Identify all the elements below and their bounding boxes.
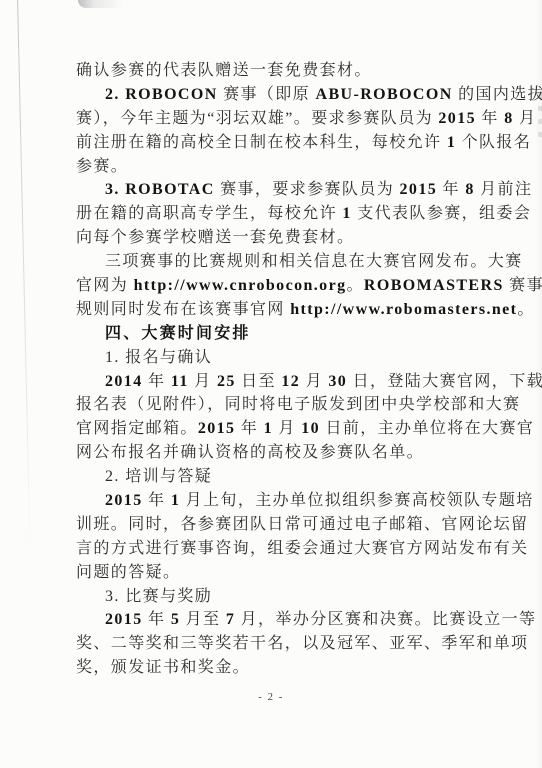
text-segment: 向每个参赛学校赠送一套免费套材。 — [76, 229, 354, 246]
text-segment: 支代表队参赛，组委会 — [352, 205, 531, 222]
text-segment: 2. 培训与答疑 — [105, 468, 212, 485]
bold-text-segment: 2015 — [400, 181, 438, 198]
bold-text-segment: http://www.cnrobocon.org — [134, 277, 347, 294]
document-body-text: 确认参赛的代表队赠送一套免费套材。2. ROBOCON 赛事（即原 ABU-RO… — [76, 59, 482, 680]
text-segment: 册在籍的高职高专学生，每校允许 — [76, 205, 342, 222]
bold-text-segment: 2014 — [105, 373, 143, 390]
bold-text-segment: 3. ROBOTAC — [105, 181, 215, 198]
text-segment: 月 — [300, 373, 328, 390]
text-line: 向每个参赛学校赠送一套免费套材。 — [76, 226, 482, 250]
bold-text-segment: 2015 — [438, 110, 476, 127]
text-line: 奖，颁发证书和奖金。 — [76, 656, 482, 680]
text-segment: 月 — [189, 373, 217, 390]
text-line: 三项赛事的比赛规则和相关信息在大赛官网发布。大赛 — [76, 250, 482, 274]
bold-text-segment: 2. ROBOCON — [105, 86, 218, 103]
bold-text-segment: 30 — [328, 373, 347, 390]
text-segment: 奖、二等奖和三等奖若干名，以及冠军、亚军、季军和单项 — [76, 635, 528, 652]
text-line: 网公布报名并确认资格的高校及参赛队名单。 — [76, 441, 482, 465]
text-line: 参赛。 — [76, 155, 482, 179]
text-line: 2. ROBOCON 赛事（即原 ABU-ROBOCON 的国内选拔 — [76, 83, 482, 107]
text-segment: 月 — [514, 110, 537, 127]
text-line: 2015 年 5 月至 7 月，举办分区赛和决赛。比赛设立一等 — [76, 608, 482, 632]
text-line: 2. 培训与答疑 — [76, 465, 482, 489]
text-segment: 言的方式进行赛事咨询，组委会通过大赛官方网站发布有关 — [76, 540, 528, 557]
text-line: 赛），今年主题为“羽坛双雄”。要求参赛队员为 2015 年 8 月 — [76, 107, 482, 131]
text-segment: 年 — [437, 181, 465, 198]
bold-text-segment: 1 — [447, 134, 456, 151]
text-segment: 确认参赛的代表队赠送一套免费套材。 — [76, 62, 372, 79]
text-line: 1. 报名与确认 — [76, 346, 482, 370]
text-segment: 前注册在籍的高校全日制在校本科生，每校允许 — [76, 134, 447, 151]
bold-text-segment: 1 — [264, 420, 273, 437]
text-segment: 四、大赛时间安排 — [105, 325, 251, 342]
scan-smudge-artifact — [78, 0, 124, 8]
bold-text-segment: 2015 — [198, 420, 236, 437]
text-line: 3. 比赛与奖励 — [76, 585, 482, 609]
section-heading: 四、大赛时间安排 — [76, 322, 482, 346]
text-line: 问题的答疑。 — [76, 561, 482, 585]
bold-text-segment: 12 — [281, 373, 300, 390]
text-line: 册在籍的高职高专学生，每校允许 1 支代表队参赛，组委会 — [76, 202, 482, 226]
bold-text-segment: 1 — [171, 492, 180, 509]
text-segment: 三项赛事的比赛规则和相关信息在大赛官网发布。大赛 — [105, 253, 523, 270]
bold-text-segment: 2015 — [105, 492, 143, 509]
text-segment: 月至 — [180, 611, 226, 628]
bold-text-segment: ROBOMASTERS — [364, 277, 504, 294]
text-segment: 日，登陆大赛官网，下载 — [347, 373, 542, 390]
bold-text-segment: http://www.robomasters.net — [290, 301, 517, 318]
text-segment: 赛），今年主题为“羽坛双雄”。要求参赛队员为 — [76, 110, 438, 127]
text-line: 规则同时发布在该赛事官网 http://www.robomasters.net。 — [76, 298, 482, 322]
text-segment: 奖，颁发证书和奖金。 — [76, 659, 250, 676]
bold-text-segment: 11 — [171, 373, 189, 390]
text-line: 3. ROBOTAC 赛事，要求参赛队员为 2015 年 8 月前注 — [76, 178, 482, 202]
bold-text-segment: 7 — [226, 611, 235, 628]
text-segment: 1. 报名与确认 — [105, 349, 212, 366]
page-number: - 2 - — [0, 691, 542, 703]
bold-text-segment: 8 — [504, 110, 513, 127]
text-line: 言的方式进行赛事咨询，组委会通过大赛官方网站发布有关 — [76, 537, 482, 561]
text-segment: 赛事（即原 — [218, 86, 316, 103]
text-segment: 月 — [273, 420, 301, 437]
text-segment: 年 — [143, 611, 171, 628]
text-segment: 3. 比赛与奖励 — [105, 588, 212, 605]
bold-text-segment: 10 — [301, 420, 320, 437]
text-segment: 日至 — [236, 373, 282, 390]
text-segment: 年 — [143, 373, 171, 390]
text-line: 报名表（见附件），同时将电子版发到团中央学校部和大赛 — [76, 393, 482, 417]
text-segment: 的国内选拔 — [453, 86, 542, 103]
bold-text-segment: 5 — [171, 611, 180, 628]
text-segment: 官网指定邮箱。 — [76, 420, 198, 437]
text-line: 2014 年 11 月 25 日至 12 月 30 日，登陆大赛官网，下载 — [76, 370, 482, 394]
text-segment: 。 — [517, 301, 534, 318]
text-segment: 参赛。 — [76, 158, 128, 175]
text-segment: 个队报名 — [456, 134, 531, 151]
text-segment: 报名表（见附件），同时将电子版发到团中央学校部和大赛 — [76, 396, 520, 413]
text-segment: 月，举办分区赛和决赛。比赛设立一等 — [235, 611, 536, 628]
scanned-page: 确认参赛的代表队赠送一套免费套材。2. ROBOCON 赛事（即原 ABU-RO… — [0, 0, 542, 768]
bold-text-segment: ABU-ROBOCON — [315, 86, 452, 103]
text-segment: 年 — [235, 420, 263, 437]
text-line: 确认参赛的代表队赠送一套免费套材。 — [76, 59, 482, 83]
bold-text-segment: 1 — [342, 205, 351, 222]
bold-text-segment: 2015 — [105, 611, 143, 628]
text-segment: 训班。同时，各参赛团队日常可通过电子邮箱、官网论坛留 — [76, 516, 528, 533]
text-line: 训班。同时，各参赛团队日常可通过电子邮箱、官网论坛留 — [76, 513, 482, 537]
scan-edge-line-artifact — [17, 0, 31, 556]
text-segment: 网公布报名并确认资格的高校及参赛队名单。 — [76, 444, 424, 461]
bold-text-segment: 8 — [465, 181, 474, 198]
text-segment: 日前，主办单位将在大赛官 — [320, 420, 534, 437]
text-line: 官网指定邮箱。2015 年 1 月 10 日前，主办单位将在大赛官 — [76, 417, 482, 441]
text-segment: 月前注 — [475, 181, 533, 198]
text-segment: 官网为 — [76, 277, 134, 294]
text-segment: 赛事 — [504, 277, 542, 294]
text-line: 奖、二等奖和三等奖若干名，以及冠军、亚军、季军和单项 — [76, 632, 482, 656]
text-segment: 月上旬，主办单位拟组织参赛高校领队专题培 — [180, 492, 533, 509]
text-segment: 规则同时发布在该赛事官网 — [76, 301, 290, 318]
text-line: 前注册在籍的高校全日制在校本科生，每校允许 1 个队报名 — [76, 131, 482, 155]
text-segment: 问题的答疑。 — [76, 564, 180, 581]
bold-text-segment: 25 — [217, 373, 236, 390]
text-line: 官网为 http://www.cnrobocon.org。ROBOMASTERS… — [76, 274, 482, 298]
text-segment: 赛事，要求参赛队员为 — [215, 181, 400, 198]
text-segment: 年 — [476, 110, 504, 127]
text-segment: 。 — [346, 277, 363, 294]
text-line: 2015 年 1 月上旬，主办单位拟组织参赛高校领队专题培 — [76, 489, 482, 513]
text-segment: 年 — [143, 492, 171, 509]
